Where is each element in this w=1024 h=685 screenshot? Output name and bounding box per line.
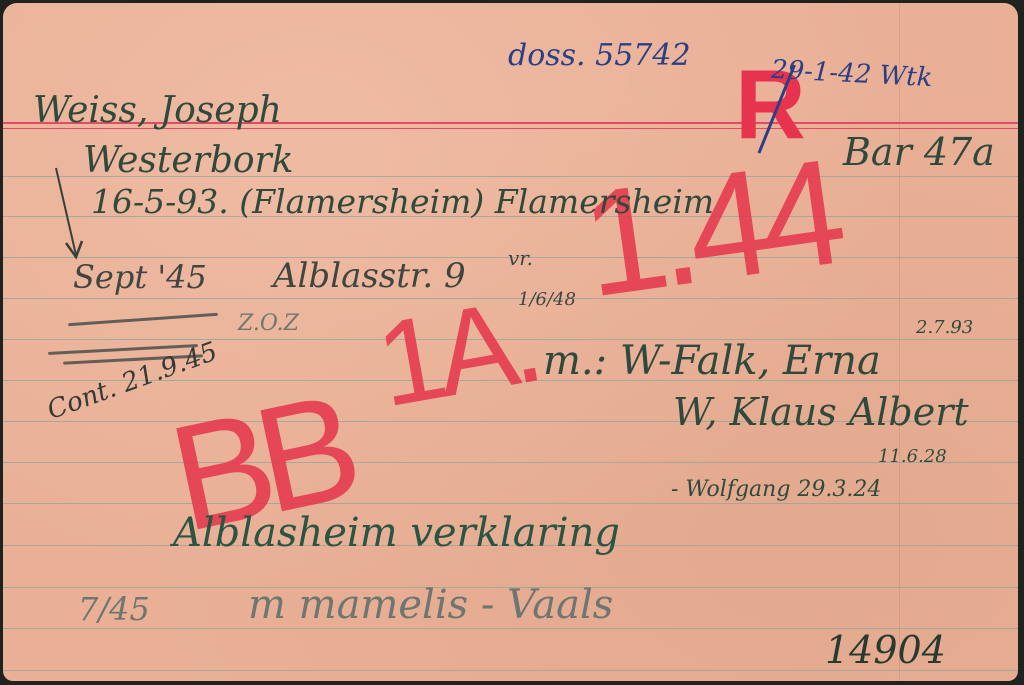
sept-45-entry: Sept '45 xyxy=(73,261,207,293)
address-entry: Alblasstr. 9 xyxy=(273,259,466,293)
camp-name: Westerbork xyxy=(83,143,294,179)
vaals-entry: m mamelis - Vaals xyxy=(248,585,613,625)
date-initials: 29-1-42 Wtk xyxy=(770,57,933,91)
son1-birth-date: 11.6.28 xyxy=(878,448,947,466)
arrow-down-icon xyxy=(48,163,98,263)
ruled-line xyxy=(3,503,1018,504)
july-45-entry: 7/45 xyxy=(78,593,150,625)
address-suffix: vr. xyxy=(508,248,533,268)
birth-info: 16-5-93. (Flamersheim) Flamersheim xyxy=(91,185,714,218)
location-code: Bar 47a xyxy=(843,133,995,171)
card-number: 14904 xyxy=(825,631,946,669)
wife-birth-date: 2.7.93 xyxy=(916,319,973,337)
son1-entry: W, Klaus Albert xyxy=(673,393,969,431)
index-card: 1.44 1A. BB R doss. 55742 29-1-42 Wtk We… xyxy=(3,3,1018,681)
red-crayon-date-44: 1.44 xyxy=(574,136,844,320)
ruled-line xyxy=(3,462,1018,463)
person-name: Weiss, Joseph xyxy=(33,93,282,129)
dossier-number: doss. 55742 xyxy=(508,41,691,71)
wife-entry: m.: W-Falk, Erna xyxy=(543,341,881,381)
zoz-note: Z.O.Z xyxy=(238,313,299,335)
son2-entry: - Wolfgang 29.3.24 xyxy=(671,479,881,501)
faint-margin-line xyxy=(899,3,900,681)
declaration-entry: Alblasheim verklaring xyxy=(173,513,620,553)
pencil-underline xyxy=(68,313,218,326)
small-date-1-6-48: 1/6/48 xyxy=(518,291,576,309)
